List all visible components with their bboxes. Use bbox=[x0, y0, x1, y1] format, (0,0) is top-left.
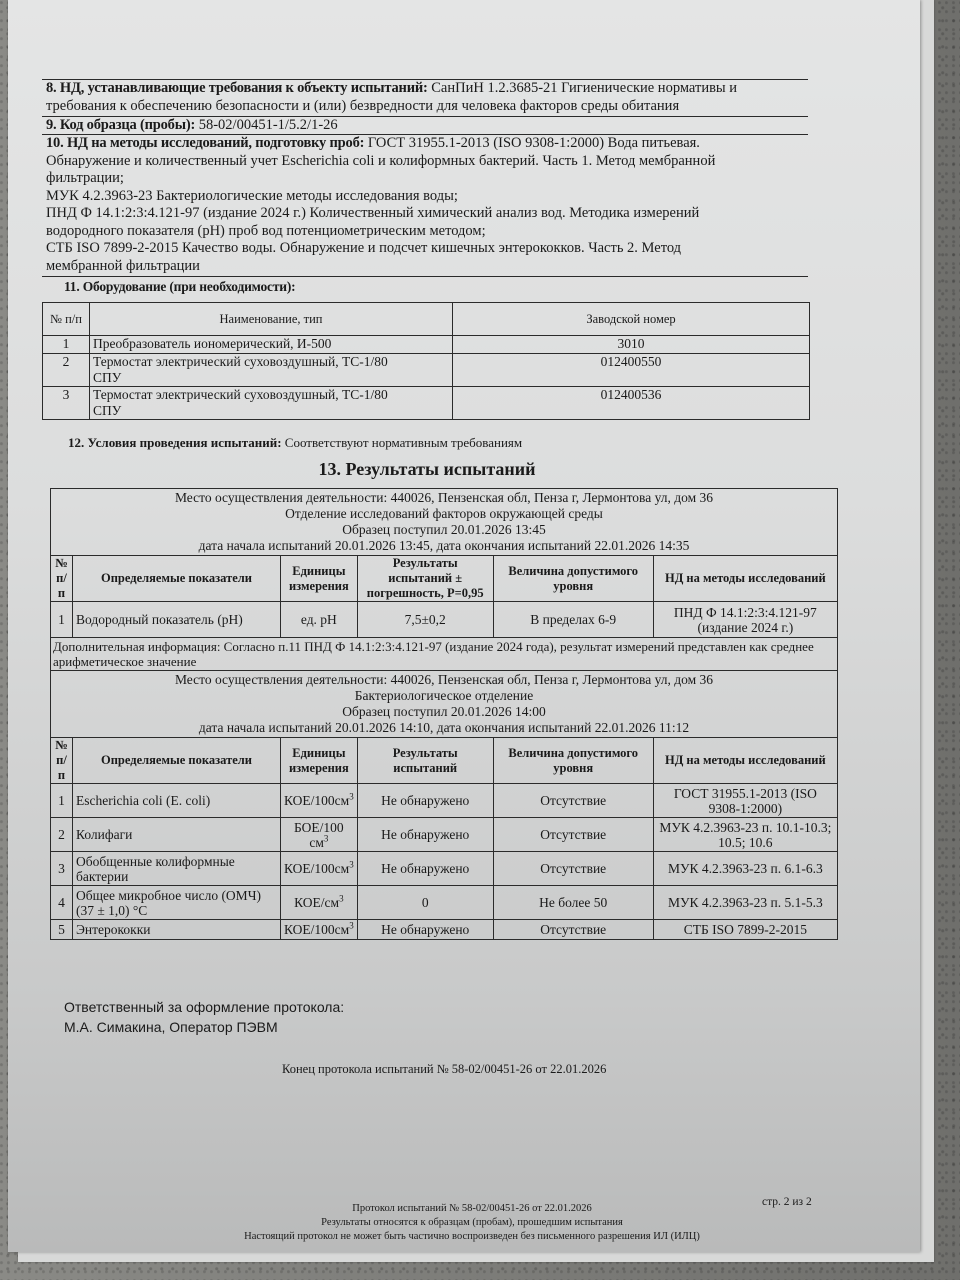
col-serial: Заводской номер bbox=[453, 303, 810, 336]
department: Отделение исследований факторов окружающ… bbox=[54, 506, 834, 522]
row-number: 4 bbox=[51, 886, 73, 920]
unit-text: КОЕ/100см bbox=[284, 922, 349, 937]
equipment-name-text: Преобразователь иономерический, И-500 bbox=[93, 336, 331, 351]
divider bbox=[42, 276, 808, 277]
col-result: Результаты испытаний bbox=[357, 738, 493, 784]
sample-code: 58-02/00451-1/5.2/1-26 bbox=[195, 117, 338, 133]
end-of-protocol: Конец протокола испытаний № 58-02/00451-… bbox=[282, 1062, 606, 1077]
responsible-person: М.А. Симакина, Оператор ПЭВМ bbox=[64, 1017, 344, 1037]
equipment-name-text: СПУ bbox=[93, 370, 121, 385]
result-row: 5ЭнтерококкиКОЕ/100см3Не обнаруженоОтсут… bbox=[51, 920, 838, 940]
method-line: фильтрации; bbox=[46, 170, 806, 188]
col-unit: Единицы измерения bbox=[281, 738, 358, 784]
result-row: 3Обобщенные колиформные бактерииКОЕ/100с… bbox=[51, 852, 838, 886]
unit-text: КОЕ/100см bbox=[284, 793, 349, 808]
row-number: 1 bbox=[51, 784, 73, 818]
responsible-block: Ответственный за оформление протокола: М… bbox=[64, 997, 344, 1037]
col-number: № п/п bbox=[43, 303, 90, 336]
unit-exponent: 3 bbox=[349, 860, 354, 870]
block-1-header: Место осуществления деятельности: 440026… bbox=[51, 489, 838, 556]
department: Бактериологическое отделение bbox=[54, 688, 834, 704]
section-10: 10. НД на методы исследований, подготовк… bbox=[46, 135, 806, 275]
footer-protocol-number: Протокол испытаний № 58-02/00451-26 от 2… bbox=[42, 1202, 902, 1216]
permissible-level: Отсутствие bbox=[493, 784, 653, 818]
footer-results-note: Результаты относятся к образцам (пробам)… bbox=[42, 1216, 902, 1230]
activity-location: Место осуществления деятельности: 440026… bbox=[54, 672, 834, 688]
additional-info-row: Дополнительная информация: Согласно п.11… bbox=[51, 638, 838, 671]
result-value: Не обнаружено bbox=[357, 852, 493, 886]
unit: БОЕ/100 см3 bbox=[281, 818, 358, 852]
test-conditions: Соответствуют нормативным требованиям bbox=[282, 435, 523, 450]
indicator: Общее микробное число (ОМЧ) (37 ± 1,0) °… bbox=[73, 886, 281, 920]
unit: КОЕ/100см3 bbox=[281, 784, 358, 818]
method-line: СТБ ISO 7899-2-2015 Качество воды. Обнар… bbox=[46, 240, 806, 258]
col-limit: Величина допустимого уровня bbox=[493, 738, 653, 784]
footer-reproduction-note: Настоящий протокол не может быть частичн… bbox=[42, 1230, 902, 1244]
result-value: Не обнаружено bbox=[357, 784, 493, 818]
unit: ед. рН bbox=[281, 602, 358, 638]
section-9-label: 9. Код образца (пробы): bbox=[46, 117, 195, 133]
result-value: Не обнаружено bbox=[357, 818, 493, 852]
unit: КОЕ/100см3 bbox=[281, 852, 358, 886]
row-number: 1 bbox=[51, 602, 73, 638]
unit-text: КОЕ/100см bbox=[284, 861, 349, 876]
indicator: Колифаги bbox=[73, 818, 281, 852]
col-number: № п/п bbox=[51, 738, 73, 784]
section-8-text: СанПиН 1.2.3685-21 Гигиенические нормати… bbox=[428, 80, 737, 96]
permissible-level: В пределах 6-9 bbox=[493, 602, 653, 638]
block-1-header-row: № п/п Определяемые показатели Единицы из… bbox=[51, 556, 838, 602]
row-number: 2 bbox=[51, 818, 73, 852]
permissible-level: Не более 50 bbox=[493, 886, 653, 920]
equipment-name: Термостат электрический суховоздушный, Т… bbox=[90, 387, 453, 420]
result-row: 1 Водородный показатель (рН) ед. рН 7,5±… bbox=[51, 602, 838, 638]
section-12-label: 12. Условия проведения испытаний: bbox=[68, 435, 282, 450]
serial-number: 012400550 bbox=[453, 354, 810, 387]
indicator: Энтерококки bbox=[73, 920, 281, 940]
method-line: ГОСТ 31955.1-2013 (ISO 9308-1:2000) Вода… bbox=[364, 135, 700, 151]
unit: КОЕ/100см3 bbox=[281, 920, 358, 940]
equipment-row: 3 Термостат электрический суховоздушный,… bbox=[43, 387, 810, 420]
equipment-name: Преобразователь иономерический, И-500 bbox=[90, 336, 453, 354]
method-line: Обнаружение и количественный учет Escher… bbox=[46, 153, 806, 171]
block-2-info: Место осуществления деятельности: 440026… bbox=[51, 671, 838, 738]
row-number: 2 bbox=[43, 354, 90, 387]
serial-number: 012400536 bbox=[453, 387, 810, 420]
equipment-row: 1 Преобразователь иономерический, И-500 … bbox=[43, 336, 810, 354]
method-reference: МУК 4.2.3963-23 п. 10.1-10.3; 10.5; 10.6 bbox=[653, 818, 837, 852]
col-indicator: Определяемые показатели bbox=[73, 738, 281, 784]
equipment-name: Термостат электрический суховоздушный, Т… bbox=[90, 354, 453, 387]
unit-exponent: 3 bbox=[349, 792, 354, 802]
equipment-name-text: СПУ bbox=[93, 403, 121, 418]
permissible-level: Отсутствие bbox=[493, 818, 653, 852]
result-row: 1Escherichia coli (E. coli)КОЕ/100см3Не … bbox=[51, 784, 838, 818]
col-limit: Величина допустимого уровня bbox=[493, 556, 653, 602]
results-title: 13. Результаты испытаний bbox=[42, 459, 812, 480]
result-value: Не обнаружено bbox=[357, 920, 493, 940]
unit-exponent: 3 bbox=[339, 894, 344, 904]
permissible-level: Отсутствие bbox=[493, 852, 653, 886]
document-page: 8. НД, устанавливающие требования к объе… bbox=[8, 0, 920, 1252]
method-reference: МУК 4.2.3963-23 п. 5.1-5.3 bbox=[653, 886, 837, 920]
activity-location: Место осуществления деятельности: 440026… bbox=[54, 490, 834, 506]
result-row: 4Общее микробное число (ОМЧ) (37 ± 1,0) … bbox=[51, 886, 838, 920]
indicator: Обобщенные колиформные бактерии bbox=[73, 852, 281, 886]
page-footer: Протокол испытаний № 58-02/00451-26 от 2… bbox=[42, 1202, 902, 1244]
test-dates: дата начала испытаний 20.01.2026 14:10, … bbox=[54, 720, 834, 736]
method-line: водородного показателя (рН) проб вод пот… bbox=[46, 223, 806, 241]
section-8-label: 8. НД, устанавливающие требования к объе… bbox=[46, 80, 428, 96]
result-value: 0 bbox=[357, 886, 493, 920]
permissible-level: Отсутствие bbox=[493, 920, 653, 940]
col-name-type: Наименование, тип bbox=[90, 303, 453, 336]
method-reference: МУК 4.2.3963-23 п. 6.1-6.3 bbox=[653, 852, 837, 886]
col-method: НД на методы исследований bbox=[653, 738, 837, 784]
unit-exponent: 3 bbox=[324, 833, 329, 843]
row-number: 3 bbox=[43, 387, 90, 420]
block-2-header: Место осуществления деятельности: 440026… bbox=[51, 671, 838, 738]
bacteriology-rows: 1Escherichia coli (E. coli)КОЕ/100см3Не … bbox=[51, 784, 838, 940]
sample-received: Образец поступил 20.01.2026 13:45 bbox=[54, 522, 834, 538]
test-dates: дата начала испытаний 20.01.2026 13:45, … bbox=[54, 538, 834, 554]
equipment-row: 2 Термостат электрический суховоздушный,… bbox=[43, 354, 810, 387]
row-number: 3 bbox=[51, 852, 73, 886]
section-9: 9. Код образца (пробы): 58-02/00451-1/5.… bbox=[46, 117, 806, 135]
method-reference: СТБ ISO 7899-2-2015 bbox=[653, 920, 837, 940]
result-row: 2КолифагиБОЕ/100 см3Не обнаруженоОтсутст… bbox=[51, 818, 838, 852]
method-reference: ПНД Ф 14.1:2:3:4.121-97 (издание 2024 г.… bbox=[653, 602, 837, 638]
equipment-header-row: № п/п Наименование, тип Заводской номер bbox=[43, 303, 810, 336]
col-unit: Единицы измерения bbox=[281, 556, 358, 602]
unit-exponent: 3 bbox=[349, 921, 354, 931]
section-8: 8. НД, устанавливающие требования к объе… bbox=[46, 80, 806, 115]
row-number: 1 bbox=[43, 336, 90, 354]
equipment-table: № п/п Наименование, тип Заводской номер … bbox=[42, 302, 810, 420]
result-value: 7,5±0,2 bbox=[357, 602, 493, 638]
section-8-text-2: требования к обеспечению безопасности и … bbox=[46, 98, 806, 116]
serial-number: 3010 bbox=[453, 336, 810, 354]
responsible-label: Ответственный за оформление протокола: bbox=[64, 997, 344, 1017]
results-table: Место осуществления деятельности: 440026… bbox=[50, 488, 838, 940]
indicator: Escherichia coli (E. coli) bbox=[73, 784, 281, 818]
row-number: 5 bbox=[51, 920, 73, 940]
unit: КОЕ/см3 bbox=[281, 886, 358, 920]
col-number: № п/п bbox=[51, 556, 73, 602]
section-11: 11. Оборудование (при необходимости): bbox=[64, 278, 824, 296]
section-12: 12. Условия проведения испытаний: Соотве… bbox=[68, 435, 522, 451]
equipment-name-text: Термостат электрический суховоздушный, Т… bbox=[93, 387, 388, 402]
unit-text: БОЕ/100 см bbox=[294, 820, 344, 850]
section-10-label: 10. НД на методы исследований, подготовк… bbox=[46, 135, 364, 151]
method-line: МУК 4.2.3963-23 Бактериологические метод… bbox=[46, 188, 806, 206]
col-indicator: Определяемые показатели bbox=[73, 556, 281, 602]
section-11-label: 11. Оборудование (при необходимости): bbox=[64, 279, 295, 294]
col-result: Результаты испытаний ± погрешность, Р=0,… bbox=[357, 556, 493, 602]
col-method: НД на методы исследований bbox=[653, 556, 837, 602]
equipment-name-text: Термостат электрический суховоздушный, Т… bbox=[93, 354, 388, 369]
sample-received: Образец поступил 20.01.2026 14:00 bbox=[54, 704, 834, 720]
method-line: ПНД Ф 14.1:2:3:4.121-97 (издание 2024 г.… bbox=[46, 205, 806, 223]
additional-info: Дополнительная информация: Согласно п.11… bbox=[51, 638, 838, 671]
unit-text: КОЕ/см bbox=[294, 895, 339, 910]
block-1-info: Место осуществления деятельности: 440026… bbox=[51, 489, 838, 556]
method-line: мембранной фильтрации bbox=[46, 258, 806, 276]
method-reference: ГОСТ 31955.1-2013 (ISO 9308-1:2000) bbox=[653, 784, 837, 818]
block-2-header-row: № п/п Определяемые показатели Единицы из… bbox=[51, 738, 838, 784]
indicator: Водородный показатель (рН) bbox=[73, 602, 281, 638]
